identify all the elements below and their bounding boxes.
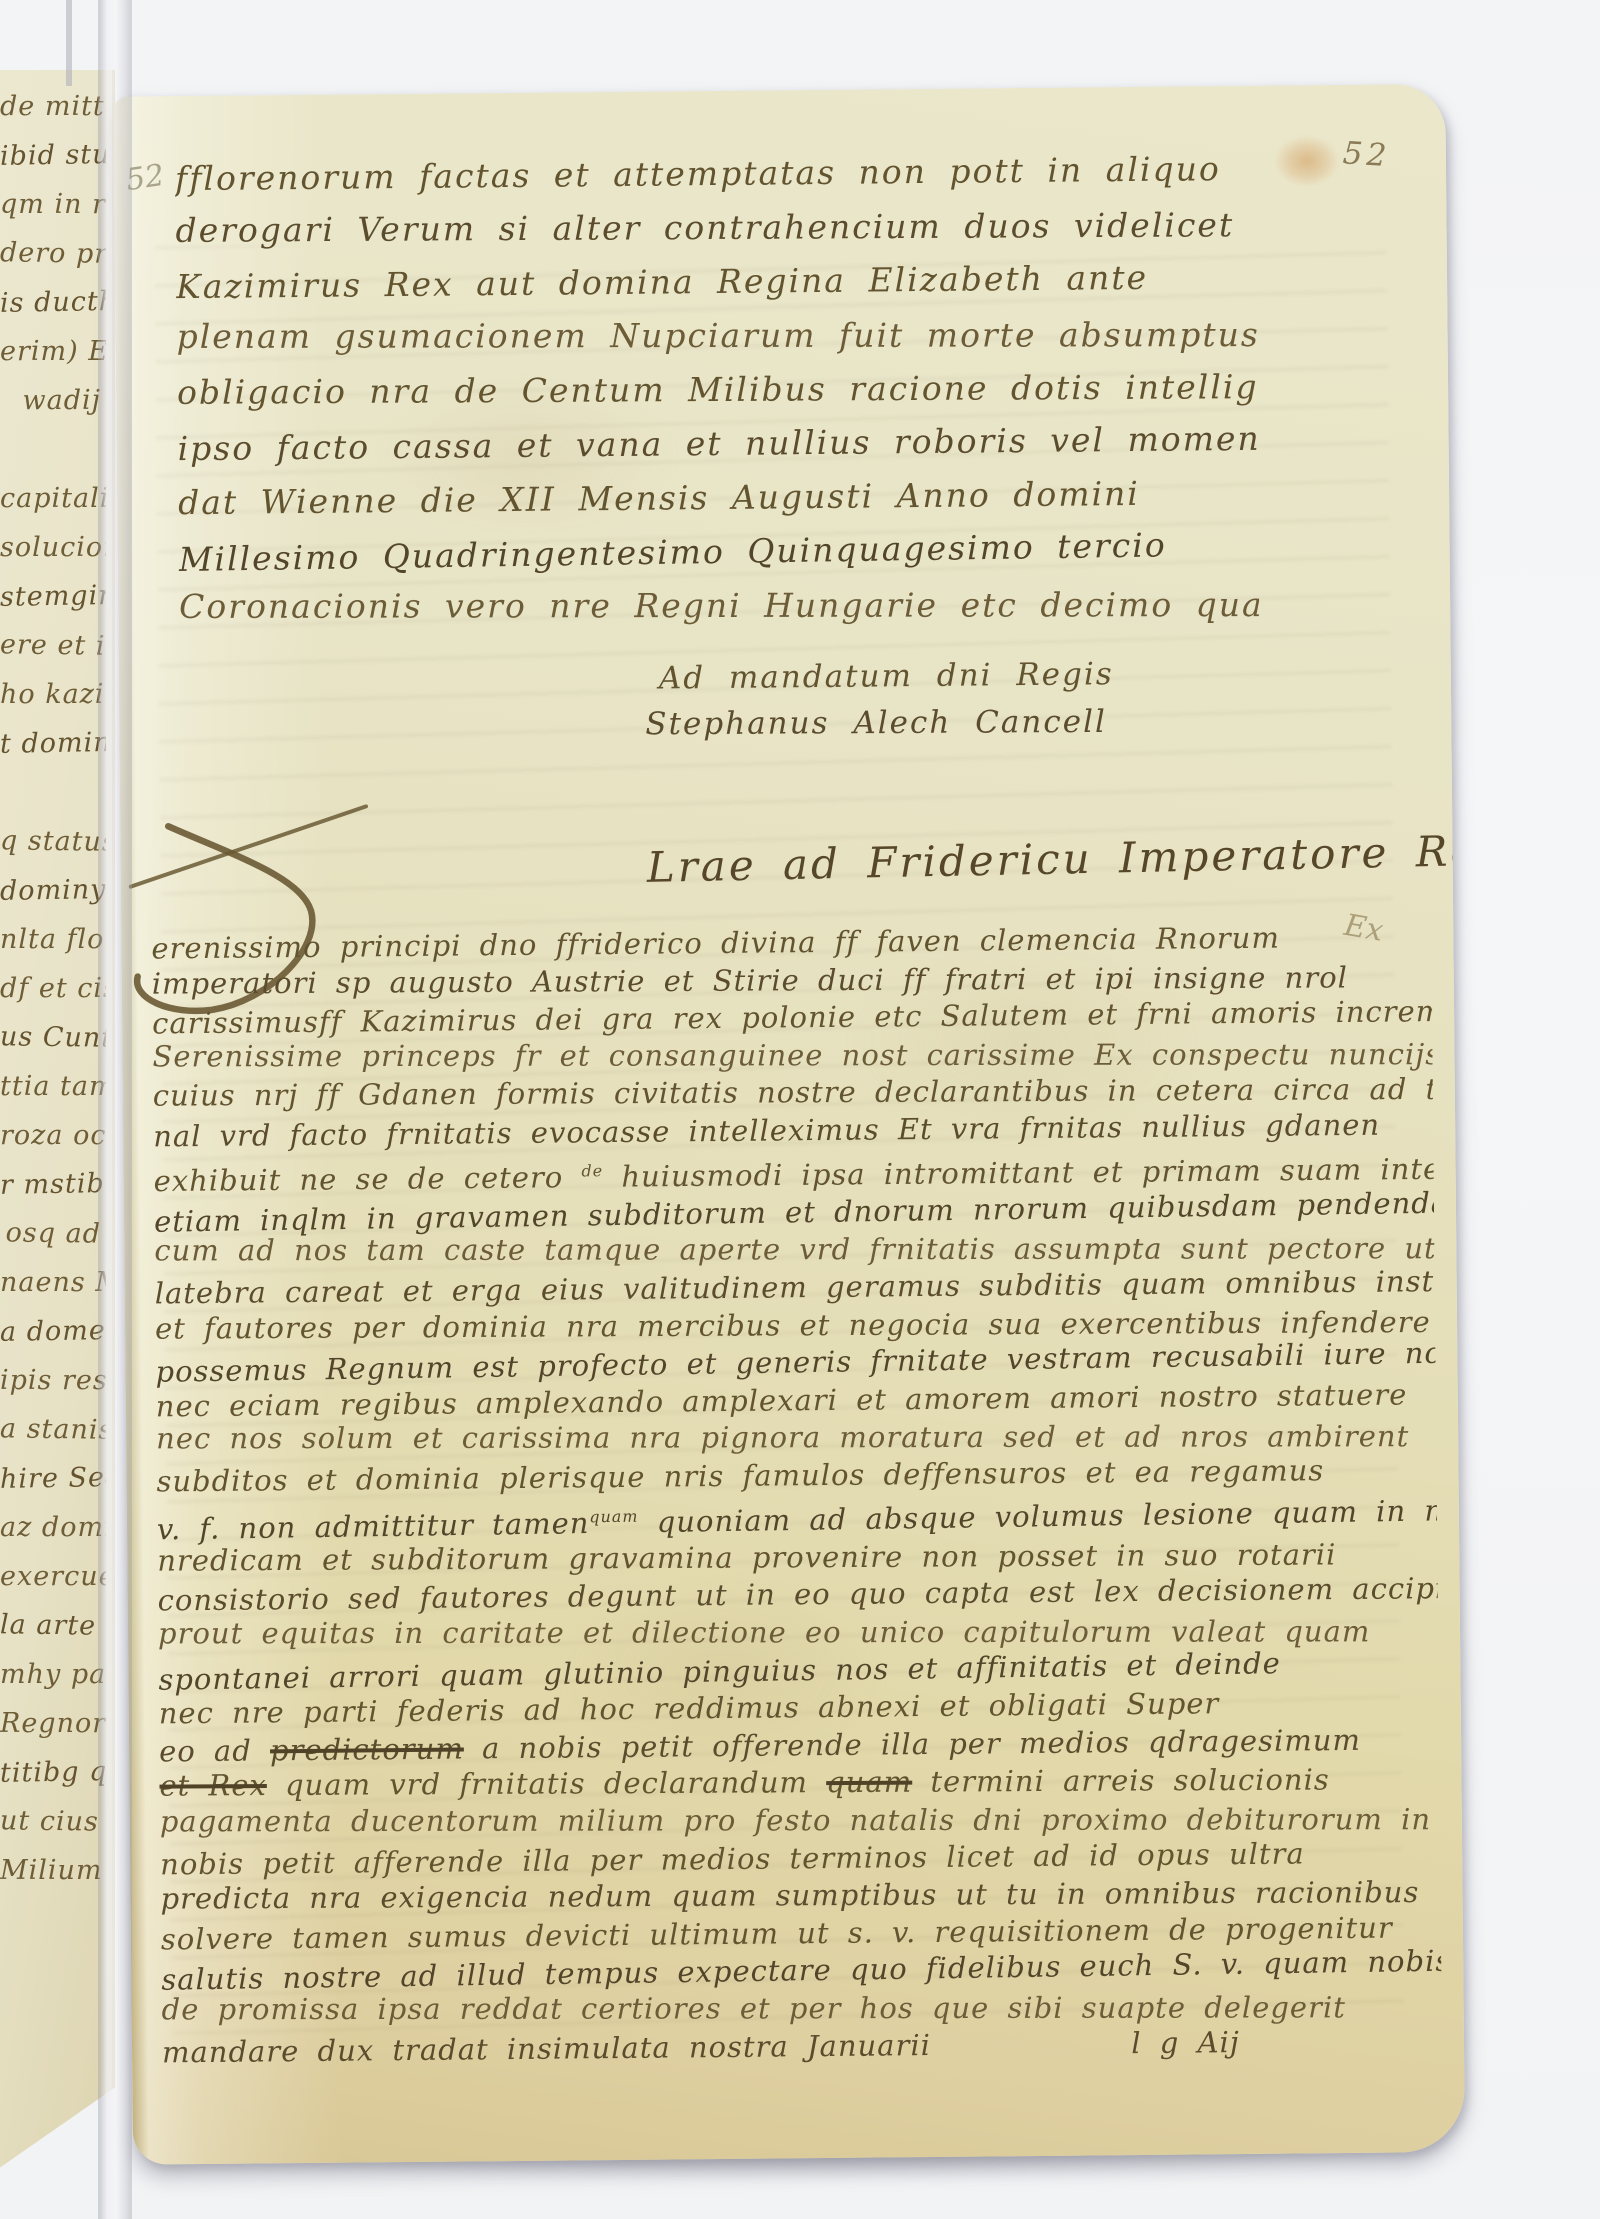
facing-page-note-fragment: ho kazimiro (0, 670, 106, 719)
facing-page-note-fragment: nlta flor (0, 915, 106, 964)
entry-line: fflorenorum factas et attemptatas non po… (175, 142, 1255, 206)
facing-page-note-fragment: erim) Ext (0, 327, 106, 376)
facing-page-note-fragment: az dominia (0, 1503, 106, 1552)
letter-line: Serenissime princeps fr et consanguinee … (152, 1036, 1432, 1076)
facing-page-note-fragment: r mstibg (0, 1159, 106, 1210)
manuscript-photo: de mittendi ibid studi qm in rebg dero p… (0, 0, 1600, 2219)
folio-number-right: 52 (1342, 135, 1392, 174)
entry-line: obligacio nra de Centum Milibus racione … (177, 360, 1257, 420)
facing-page-note-fragment: df et cis (0, 964, 106, 1013)
facing-page-note-fragment: us Cuntalis (0, 1012, 106, 1062)
letter-line: et Rex quam vrd frnitatis declarandum qu… (159, 1761, 1439, 1805)
ink-stain (1274, 135, 1340, 188)
rubric-heading-text: Lrae ad Fridericu Imperatore Rom: (646, 825, 1465, 892)
facing-page-note-fragment: dero pro (0, 228, 106, 278)
facing-page-note-fragment: ttia tam (0, 1062, 106, 1111)
entry-line: Kazimirus Rex aut domina Regina Elizabet… (176, 250, 1256, 314)
letter-body: erenissimo principi dno ffriderico divin… (151, 918, 1442, 2071)
facing-page-note-fragment: osq ad (0, 1208, 106, 1258)
facing-page-note-fragment: mhy path (0, 1650, 106, 1699)
facing-page-note-fragment (0, 424, 106, 474)
facing-page-note-fragment: exercuerint (0, 1552, 106, 1601)
letter-line: imperatori sp augusto Austrie et Stirie … (152, 959, 1432, 1003)
facing-page-note-fragment: Regnorum et (0, 1699, 106, 1748)
facing-page-note-fragment: naens Mes (0, 1258, 106, 1307)
letter-line: predicta nra exigencia nedum quam sumpti… (160, 1874, 1440, 1918)
signature-block: Ad mandatum dni Regis Stephanus Alech Ca… (645, 650, 1286, 750)
entry-line: derogari Verum si alter contrahencium du… (175, 198, 1255, 258)
facing-page-note-fragment: stemginig (0, 571, 106, 622)
letter-line: cuius nrj ff Gdanen formis civitatis nos… (153, 1071, 1433, 1115)
facing-page-note-fragment: qm in rebg (0, 180, 106, 229)
entry-closing-paragraph: fflorenorum factas et attemptatas non po… (175, 142, 1260, 638)
letter-line: de promissa ipsa reddat certiores et per… (162, 1989, 1442, 2029)
facing-page-note-fragment (0, 768, 106, 817)
facing-page-note-fragment: Milium (0, 1846, 106, 1895)
facing-page-note-fragment: a domerz (0, 1306, 106, 1357)
letter-line: cum ad nos tam caste tamque aperte vrd f… (154, 1231, 1434, 1271)
facing-page-note-fragment: a stanissa (0, 1404, 106, 1454)
facing-page-note-fragment: de mittendi (0, 82, 106, 131)
facing-page-note-fragment: ipis resist (0, 1356, 106, 1405)
facing-page-note-fragment: q status ar (0, 816, 106, 866)
facing-page-note-fragment: capitalis (0, 474, 106, 523)
facing-page-note-fragment: ibid studi (0, 130, 106, 181)
facing-page-note-fragment: ere et iuste (0, 620, 106, 670)
facing-page-note-fragment: la arte doli (0, 1600, 106, 1650)
facing-page-note-fragment: dominys un (0, 865, 106, 916)
facing-page-note-fragment: ut cius Suc (0, 1796, 106, 1846)
signature-line: Stephanus Alech Cancell (645, 698, 1285, 748)
manuscript-page: 52 52 fflorenorum factas et attemptatas … (113, 84, 1465, 2165)
entry-line: plenam gsumacionem Nupciarum fuit morte … (177, 308, 1257, 364)
letter-line: nredicam et subditorum gravamina proveni… (157, 1536, 1437, 1580)
holder-bar (98, 0, 132, 2219)
letter-line: mandare dux tradat insimulata nostra Jan… (162, 2022, 1442, 2072)
facing-page-note-fragment: titibg qmbg (0, 1747, 106, 1798)
holder-bar-top-edge (66, 0, 72, 86)
facing-page-note-fragment: roza occu (0, 1111, 106, 1160)
signature-line: Ad mandatum dni Regis (645, 650, 1285, 703)
facing-page-note-fragment: hire Sed (0, 1453, 106, 1504)
facing-page-note-fragment: is ducthg (0, 277, 106, 328)
facing-page-margin-notes: de mittendi ibid studi qm in rebg dero p… (0, 82, 106, 1895)
facing-page-note-fragment: solucione (0, 523, 106, 572)
letter-line: nec nos solum et carissima nra pignora m… (156, 1419, 1436, 1459)
facing-page-note-fragment: t dominia (0, 718, 106, 769)
letter-line: pagamenta ducentorum milium pro festo na… (160, 1801, 1440, 1841)
facing-page-note-fragment: wadij (0, 376, 106, 425)
